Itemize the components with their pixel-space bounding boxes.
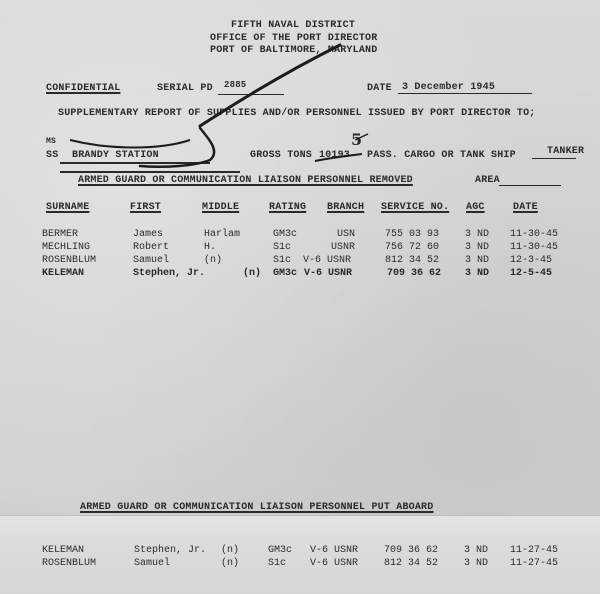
- cell-date: 11-30-45: [510, 229, 558, 240]
- cell-date: 12-5-45: [510, 268, 552, 279]
- removed-section-title: ARMED GUARD OR COMMUNICATION LIAISON PER…: [78, 175, 413, 186]
- cell-service-no: 755 03 93: [385, 229, 439, 240]
- cell-branch: USNR: [331, 242, 355, 253]
- cell-branch: V-6 USNR: [304, 268, 352, 279]
- cell-surname: MECHLING: [42, 242, 90, 253]
- cell-date: 12-3-45: [510, 255, 552, 266]
- ship-type-label: PASS. CARGO OR TANK SHIP: [367, 150, 516, 161]
- cell-branch: USN: [337, 229, 355, 240]
- ship-name: BRANDY STATION: [72, 150, 159, 161]
- cell-rating: GM3c: [273, 229, 297, 240]
- col-header-service-no: SERVICE NO.: [381, 202, 449, 213]
- cell-first: Stephen, Jr.: [133, 268, 205, 279]
- cell-rating: S1c: [273, 242, 291, 253]
- report-title: SUPPLEMENTARY REPORT OF SUPPLIES AND/OR …: [58, 108, 535, 119]
- cell-agc: 3 ND: [464, 545, 488, 556]
- letterhead-line2: OFFICE OF THE PORT DIRECTOR: [210, 33, 377, 44]
- document-page: FIFTH NAVAL DISTRICT OFFICE OF THE PORT …: [0, 0, 600, 594]
- cell-date: 11-27-45: [510, 545, 558, 556]
- cell-service-no: 709 36 62: [387, 268, 441, 279]
- cell-first: Samuel: [133, 255, 169, 266]
- ship-name-underline: [60, 162, 210, 164]
- cell-branch: V-6 USNR: [310, 545, 358, 556]
- aboard-section-title: ARMED GUARD OR COMMUNICATION LIAISON PER…: [80, 502, 433, 513]
- col-header-middle: MIDDLE: [202, 202, 239, 213]
- cell-surname: ROSENBLUM: [42, 255, 96, 266]
- date-underline: [398, 93, 532, 94]
- col-header-branch: BRANCH: [327, 202, 364, 213]
- cell-agc: 3 ND: [465, 268, 489, 279]
- col-header-first: FIRST: [130, 202, 161, 213]
- cell-surname: KELEMAN: [42, 545, 84, 556]
- cell-service-no: 756 72 60: [385, 242, 439, 253]
- cell-agc: 3 ND: [465, 255, 489, 266]
- cell-branch: V-6 USNR: [303, 255, 351, 266]
- cell-surname: BERMER: [42, 229, 78, 240]
- classification: CONFIDENTIAL: [46, 83, 120, 94]
- cell-service-no: 812 34 52: [384, 558, 438, 569]
- cell-service-no: 709 36 62: [384, 545, 438, 556]
- area-label: AREA: [475, 175, 500, 186]
- ship-prefix-struck: MS: [46, 137, 56, 146]
- cell-date: 11-30-45: [510, 242, 558, 253]
- cell-rating: GM3c: [273, 268, 297, 279]
- cell-rating: S1c: [273, 255, 291, 266]
- date-value: 3 December 1945: [402, 82, 495, 93]
- ship-type-value: TANKER: [547, 146, 584, 157]
- ship-prefix: SS: [46, 150, 58, 161]
- cell-first: James: [133, 229, 163, 240]
- date-label: DATE: [367, 83, 392, 94]
- cell-first: Samuel: [134, 558, 170, 569]
- serial-underline: [218, 94, 284, 95]
- cell-middle: (n): [204, 255, 222, 266]
- cell-first: Robert: [133, 242, 169, 253]
- serial-value: 2885: [224, 80, 246, 90]
- gross-tons-correction: 5: [351, 130, 362, 149]
- cell-branch: V-6 USNR: [310, 558, 358, 569]
- ship-name-underline-2: [60, 171, 240, 173]
- cell-agc: 3 ND: [465, 229, 489, 240]
- cell-rating: S1c: [268, 558, 286, 569]
- cell-rating: GM3c: [268, 545, 292, 556]
- col-header-surname: SURNAME: [46, 202, 89, 213]
- gross-tons-label: GROSS TONS: [250, 150, 312, 161]
- col-header-agc: AGC: [466, 202, 485, 213]
- cell-middle: Harlam: [204, 229, 240, 240]
- cell-surname: KELEMAN: [42, 268, 84, 279]
- cell-date: 11-27-45: [510, 558, 558, 569]
- cell-first: Stephen, Jr.: [134, 545, 206, 556]
- cell-middle: (n): [221, 545, 239, 556]
- cell-agc: 3 ND: [465, 242, 489, 253]
- ship-type-underline: [532, 158, 576, 159]
- gross-tons-value: 10193: [319, 150, 350, 161]
- cell-middle: H.: [204, 242, 216, 253]
- area-underline: [499, 185, 561, 186]
- cell-agc: 3 ND: [464, 558, 488, 569]
- cell-middle: (n): [221, 558, 239, 569]
- col-header-rating: RATING: [269, 202, 306, 213]
- letterhead-line3: PORT OF BALTIMORE, MARYLAND: [210, 45, 377, 56]
- letterhead-line1: FIFTH NAVAL DISTRICT: [231, 20, 355, 31]
- col-header-date: DATE: [513, 202, 538, 213]
- cell-surname: ROSENBLUM: [42, 558, 96, 569]
- serial-label: SERIAL PD: [157, 83, 213, 94]
- cell-middle: (n): [243, 268, 261, 279]
- cell-service-no: 812 34 52: [385, 255, 439, 266]
